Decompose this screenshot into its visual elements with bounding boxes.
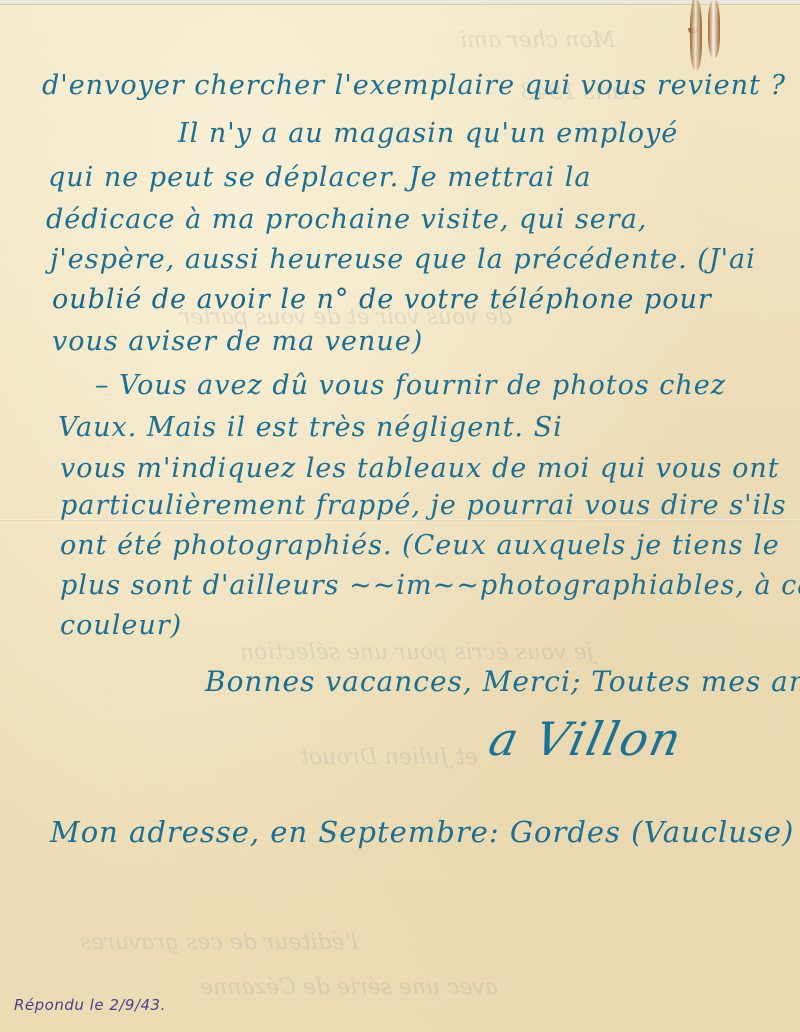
letter-line: couleur) [60, 612, 182, 639]
closing-line: Bonnes vacances, Merci; Toutes mes amiti… [205, 668, 800, 696]
letter-line: Il n'y a au magasin qu'un employé [178, 120, 678, 147]
letter-line: particulièrement frappé, je pourrai vous… [60, 492, 787, 519]
bleed-through-text: et Julien Drouot [300, 745, 478, 770]
letter-page: · · · · · · · · · · · · · · · · · · · · … [0, 0, 800, 1032]
ink-stain [690, 0, 702, 70]
ink-stain [708, 0, 720, 58]
letter-line: vous m'indiquez les tableaux de moi qui … [60, 455, 780, 482]
signature: a Villon [484, 712, 687, 766]
page-top-edge [0, 0, 800, 5]
letter-line: oublié de avoir le n° de votre téléphone… [52, 286, 712, 313]
letter-line: plus sont d'ailleurs ~~im~~photographiab… [60, 572, 800, 599]
bleed-through-text: Mon cher ami [460, 28, 615, 53]
bleed-through-text: l'éditeur de ces gravures [80, 930, 358, 955]
letter-line: qui ne peut se déplacer. Je mettrai la [48, 164, 591, 191]
letter-line: vous aviser de ma venue) [52, 328, 423, 355]
bleed-through-text: je vous écris pour une sélection [240, 640, 593, 665]
letter-line: – Vous avez dû vous fournir de photos ch… [95, 372, 726, 399]
letter-line: Vaux. Mais il est très négligent. Si [58, 414, 563, 441]
letter-line: j'espère, aussi heureuse que la précéden… [50, 246, 756, 273]
letter-line: dédicace à ma prochaine visite, qui sera… [46, 206, 647, 233]
postscript-address: Mon adresse, en Septembre: Gordes (Vaucl… [50, 818, 794, 847]
letter-line: d'envoyer chercher l'exemplaire qui vous… [42, 72, 786, 99]
reply-date-annotation: Répondu le 2/9/43. [14, 996, 166, 1014]
bleed-through-text: avec une série de Cézanne [200, 975, 498, 1000]
letter-line: ont été photographiés. (Ceux auxquels je… [60, 532, 780, 559]
